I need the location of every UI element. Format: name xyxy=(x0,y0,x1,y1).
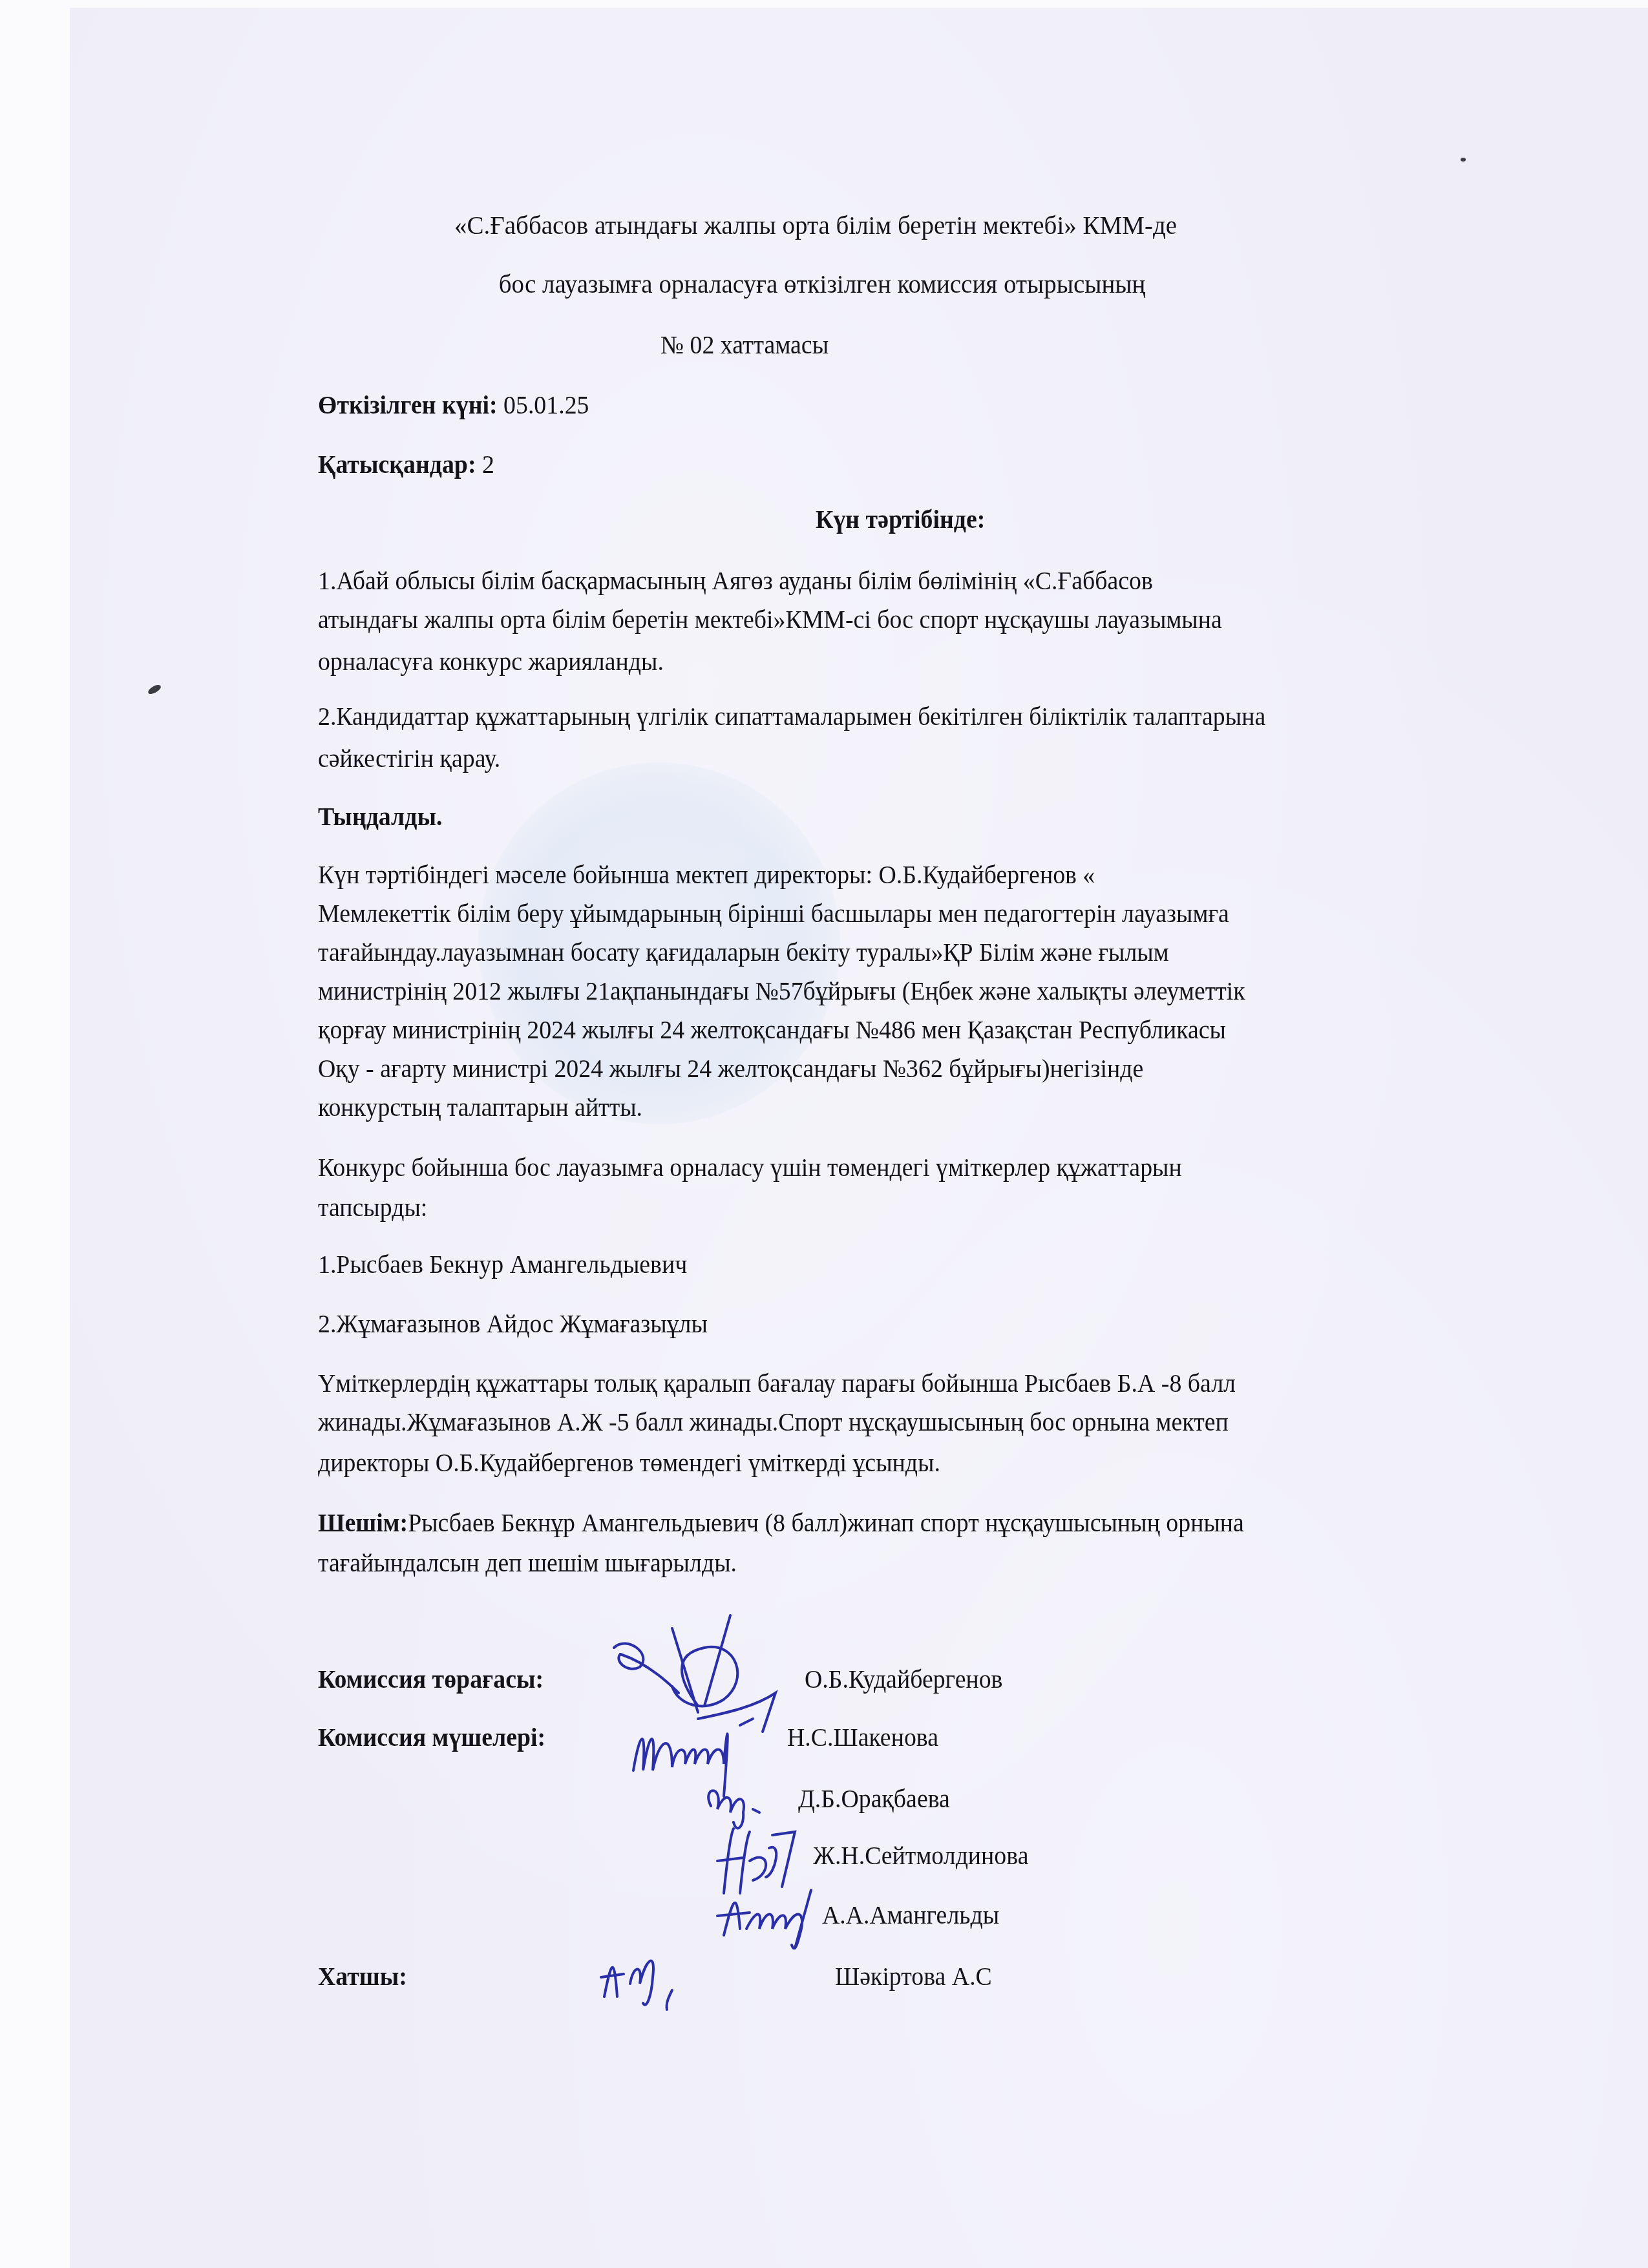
date-label: Өткізілген күні: xyxy=(318,392,498,419)
member-signature-4 xyxy=(711,1884,821,1958)
member-name: Д.Б.Орақбаева xyxy=(798,1785,950,1814)
agenda-item-1-line: атындағы жалпы орта білім беретін мектеб… xyxy=(318,605,1222,635)
heard-paragraph-line: Оқу - ағарту министрі 2024 жылғы 24 желт… xyxy=(318,1055,1143,1084)
chair-label: Комиссия төрағасы: xyxy=(318,1665,544,1695)
scan-speck xyxy=(1461,158,1466,162)
candidates-intro-line: Конкурс бойынша бос лауазымға орналасу ү… xyxy=(318,1153,1182,1183)
heard-paragraph-line: қорғау министрінің 2024 жылғы 24 желтоқс… xyxy=(318,1016,1226,1045)
agenda-item-1-line: 1.Абай облысы білім басқармасының Аягөз … xyxy=(318,567,1153,596)
agenda-item-1-line: орналасуға конкурс жарияланды. xyxy=(318,647,664,677)
agenda-heading: Күн тәртібінде: xyxy=(816,505,985,535)
candidate-2: 2.Жұмағазынов Айдос Жұмағазыұлы xyxy=(318,1310,708,1339)
evaluation-line: жинады.Жұмағазынов А.Ж -5 балл жинады.Сп… xyxy=(318,1408,1229,1438)
evaluation-line: Үміткерлердің құжаттары толық қаралып ба… xyxy=(318,1369,1236,1399)
heard-paragraph-line: тағайындау.лауазымнан босату қағидаларын… xyxy=(318,938,1169,968)
title-text-2: бос лауазымға орналасуға өткізілген коми… xyxy=(499,270,1146,300)
heard-heading: Тыңдалды. xyxy=(318,803,442,832)
member-name: Ж.Н.Сейтмолдинова xyxy=(813,1842,1028,1871)
secretary-name: Шәкіртова А.С xyxy=(835,1962,992,1992)
participants-value: 2 xyxy=(476,451,494,479)
evaluation-line: директоры О.Б.Кудайбергенов төмендегі үм… xyxy=(318,1449,940,1478)
date-value: 05.01.25 xyxy=(498,392,589,419)
heard-paragraph-line: Күн тәртібіндегі мәселе бойынша мектеп д… xyxy=(318,861,1095,890)
candidates-intro-line: тапсырды: xyxy=(318,1193,427,1223)
participants: Қатысқандар: 2 xyxy=(318,450,494,480)
title-text-1: «С.Ғаббасов атындағы жалпы орта білім бе… xyxy=(454,211,1177,241)
chair-name: О.Б.Кудайбергенов xyxy=(805,1665,1002,1695)
decision-label: Шешім: xyxy=(318,1509,408,1537)
participants-label: Қатысқандар: xyxy=(318,451,476,479)
candidate-1: 1.Рысбаев Бекнур Амангельдыевич xyxy=(318,1250,687,1280)
secretary-label: Хатшы: xyxy=(318,1962,407,1992)
secretary-signature xyxy=(595,1938,698,2019)
agenda-item-2-line: 2.Кандидаттар құжаттарының үлгілік сипат… xyxy=(318,702,1265,732)
title-line-1: «С.Ғаббасов атындағы жалпы орта білім бе… xyxy=(0,211,1648,241)
title-line-2: бос лауазымға орналасуға өткізілген коми… xyxy=(0,270,1648,300)
heard-paragraph-line: министрінің 2012 жылғы 21ақпанындағы №57… xyxy=(318,977,1245,1007)
member-name: А.А.Амангельды xyxy=(822,1901,999,1931)
meeting-date: Өткізілген күні: 05.01.25 xyxy=(318,391,589,421)
protocol-number: № 02 хаттамасы xyxy=(660,331,829,361)
decision-text: Рысбаев Бекнұр Амангельдыевич (8 балл)жи… xyxy=(408,1509,1244,1537)
heard-paragraph-line: конкурстың талаптарын айтты. xyxy=(318,1093,642,1123)
members-label: Комиссия мүшелері: xyxy=(318,1723,545,1753)
heard-paragraph-line: Мемлекеттік білім беру ұйымдарының бірін… xyxy=(318,899,1229,929)
decision-line-1: Шешім:Рысбаев Бекнұр Амангельдыевич (8 б… xyxy=(318,1509,1244,1538)
agenda-item-2-line: сәйкестігін қарау. xyxy=(318,744,500,774)
decision-line-2: тағайындалсын деп шешім шығарылды. xyxy=(318,1549,737,1579)
